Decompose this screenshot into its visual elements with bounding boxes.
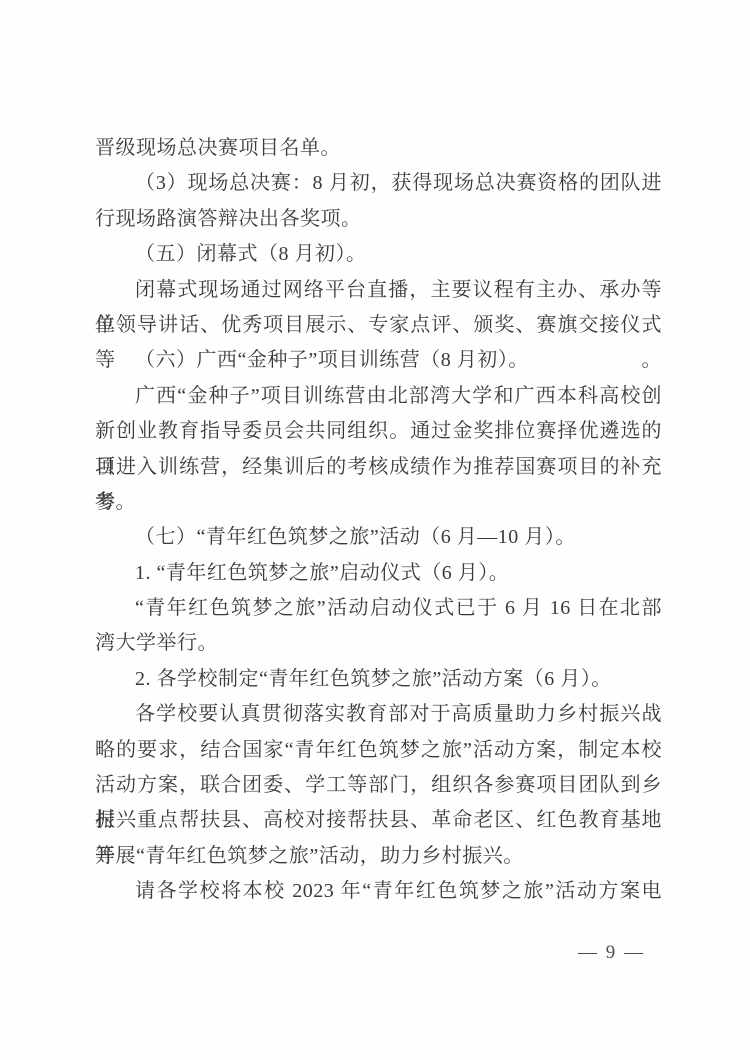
text-line: 广西“金种子”项目训练营由北部湾大学和广西本科高校创	[95, 379, 662, 414]
text-line: 行现场路演答辩决出各奖项。	[95, 202, 662, 237]
text-line: （七）“青年红色筑梦之旅”活动（6 月—10 月）。	[95, 520, 662, 555]
text-line: 2. 各学校制定“青年红色筑梦之旅”活动方案（6 月）。	[95, 662, 662, 697]
text-line: 位领导讲话、优秀项目展示、专家点评、颁奖、赛旗交接仪式等。	[95, 308, 662, 343]
text-line: 振兴重点帮扶县、高校对接帮扶县、革命老区、红色教育基地等	[95, 803, 662, 838]
document-page: 晋级现场总决赛项目名单。（3）现场总决赛：8 月初，获得现场总决赛资格的团队进行…	[0, 0, 750, 1060]
text-line: 1. “青年红色筑梦之旅”启动仪式（6 月）。	[95, 556, 662, 591]
text-line: “青年红色筑梦之旅”活动启动仪式已于 6 月 16 日在北部	[95, 591, 662, 626]
text-line: 目进入训练营，经集训后的考核成绩作为推荐国赛项目的补充参	[95, 450, 662, 485]
text-line: 开展“青年红色筑梦之旅”活动，助力乡村振兴。	[95, 839, 662, 874]
text-line: 新创业教育指导委员会共同组织。通过金奖排位赛择优遴选的项	[95, 414, 662, 449]
document-body: 晋级现场总决赛项目名单。（3）现场总决赛：8 月初，获得现场总决赛资格的团队进行…	[95, 131, 662, 910]
page-footer: — 9 —	[578, 942, 645, 964]
text-line: 活动方案，联合团委、学工等部门，组织各参赛项目团队到乡村	[95, 768, 662, 803]
page-number: — 9 —	[578, 942, 645, 963]
text-line: 湾大学举行。	[95, 626, 662, 661]
text-line: 晋级现场总决赛项目名单。	[95, 131, 662, 166]
text-line: 各学校要认真贯彻落实教育部对于高质量助力乡村振兴战	[95, 697, 662, 732]
text-line: （五）闭幕式（8 月初）。	[95, 237, 662, 272]
text-line: 略的要求，结合国家“青年红色筑梦之旅”活动方案，制定本校	[95, 733, 662, 768]
text-line: （3）现场总决赛：8 月初，获得现场总决赛资格的团队进	[95, 166, 662, 201]
text-line: 闭幕式现场通过网络平台直播，主要议程有主办、承办等单	[95, 273, 662, 308]
text-line: 请各学校将本校 2023 年“青年红色筑梦之旅”活动方案电	[95, 874, 662, 909]
text-line: 考。	[95, 485, 662, 520]
